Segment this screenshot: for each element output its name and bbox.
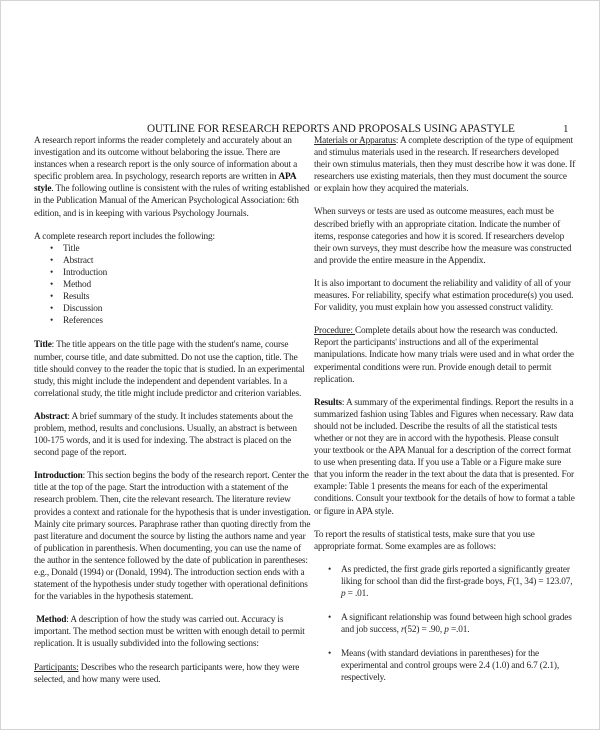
intro-text-cont: . The following outline is consistent wi… [34, 184, 309, 218]
materials-section: Materials or Apparatus: A complete descr… [314, 135, 576, 195]
list-item: Means (with standard deviations in paren… [314, 648, 576, 684]
abstract-body: : A brief summary of the study. It inclu… [34, 412, 297, 458]
results-body: : A summary of the experimental findings… [314, 398, 575, 517]
left-column: A research report informs the reader com… [34, 135, 312, 697]
list-item: References [34, 315, 312, 327]
introduction-body: : This section begins the body of the re… [34, 471, 311, 602]
example-text: (52) = .90, [404, 625, 444, 635]
participants-section: Participants: Describes who the research… [34, 662, 312, 686]
example-text: = .01. [346, 589, 369, 599]
method-section: Method: A description of how the study w… [34, 614, 312, 650]
results-heading: Results [314, 398, 342, 408]
report-sections-list: Title Abstract Introduction Method Resul… [34, 243, 312, 328]
example-text: Means (with standard deviations in paren… [341, 649, 559, 683]
stats-intro: To report the results of statistical tes… [314, 529, 576, 553]
participants-heading: Participants: [34, 663, 79, 673]
list-item: Abstract [34, 255, 312, 267]
introduction-heading: Introduction [34, 471, 83, 481]
document-page: OUTLINE FOR RESEARCH REPORTS AND PROPOSA… [0, 0, 600, 730]
list-item: A significant relationship was found bet… [314, 612, 576, 636]
title-section: Title: The title appears on the title pa… [34, 339, 312, 399]
abstract-heading: Abstract [34, 412, 67, 422]
document-title: OUTLINE FOR RESEARCH REPORTS AND PROPOSA… [147, 123, 515, 135]
stats-examples-list: As predicted, the first grade girls repo… [314, 564, 576, 685]
title-heading: Title [34, 340, 52, 350]
results-section: Results: A summary of the experimental f… [314, 397, 576, 518]
method-heading: Method [36, 615, 66, 625]
example-text: (1, 34) = 123.07, [512, 577, 572, 587]
list-intro: A complete research report includes the … [34, 231, 312, 243]
procedure-section: Procedure: Complete details about how th… [314, 325, 576, 385]
intro-text: A research report informs the reader com… [34, 136, 297, 182]
surveys-paragraph: When surveys or tests are used as outcom… [314, 206, 576, 266]
reliability-paragraph: It is also important to document the rel… [314, 278, 576, 314]
list-item: Method [34, 279, 312, 291]
list-item: Introduction [34, 267, 312, 279]
intro-paragraph: A research report informs the reader com… [34, 135, 312, 220]
page-number: 1 [563, 123, 569, 135]
list-item: Results [34, 291, 312, 303]
materials-heading: Materials or Apparatus [314, 136, 396, 146]
abstract-section: Abstract: A brief summary of the study. … [34, 411, 312, 459]
list-item: Discussion [34, 303, 312, 315]
list-item: As predicted, the first grade girls repo… [314, 564, 576, 600]
method-body: : A description of how the study was car… [34, 615, 305, 649]
right-column: Materials or Apparatus: A complete descr… [314, 135, 576, 697]
list-item: Title [34, 243, 312, 255]
title-body: : The title appears on the title page wi… [34, 340, 305, 398]
introduction-section: Introduction: This section begins the bo… [34, 470, 312, 603]
procedure-heading: Procedure: [314, 326, 355, 336]
example-text: =.01. [449, 625, 470, 635]
